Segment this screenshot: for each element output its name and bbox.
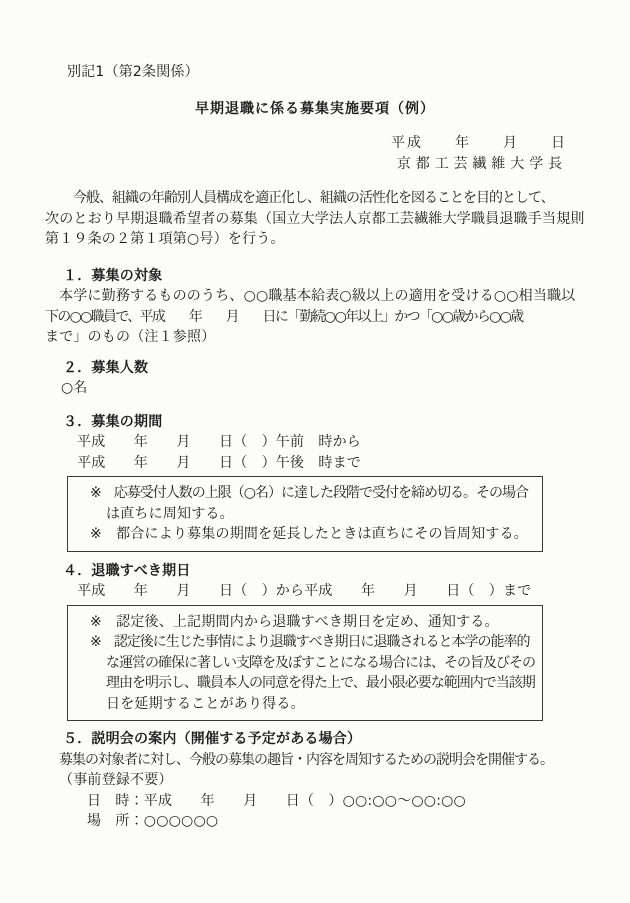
section-1-heading: １．募集の対象 [63,266,585,287]
section-5-heading: ５．説明会の案内（開催する予定がある場合） [63,729,585,750]
notice-line: ※ 都合により募集の期間を延長したときは直ちにその旨周知する。 [90,524,530,545]
text-line: 下の○○職員で、平成 年 月 日に「勤続○○年以上」かつ「○○歳から○○歳 [45,307,585,328]
text-line: 本学に勤務するもののうち、○○職基本給表○級以上の適用を受ける○○相当職以 [45,286,585,307]
text-line: 募集の対象者に対し、今般の募集の趣旨・内容を周知するための説明会を開催する。 [45,750,585,771]
notice-line: 日を延期することがあり得る。 [90,694,530,715]
notice-box-retirement-date: ※ 認定後、上記期間内から退職すべき期日を定め、通知する。 ※ 認定後に生じた事… [67,605,543,722]
date-line: 平成 年 月 日 [45,133,585,154]
section-3-heading: ３．募集の期間 [63,412,585,433]
ref-note: 別記1（第2条関係） [67,62,585,83]
text-line: （事前登録不要） [45,770,585,791]
text-line: ○名 [61,378,585,399]
section-4: ４．退職すべき期日 平成 年 月 日（ ）から平成 年 月 日（ ）まで ※ 認… [45,561,585,722]
text-line: 場 所：○○○○○○ [87,811,585,832]
notice-line: ※ 応募受付人数の上限（○名）に達した段階で受付を締め切る。その場合 [90,483,530,504]
notice-line: 理由を明示し、職員本人の同意を得た上で、最小限必要な範囲内で当該期 [90,673,530,694]
notice-box-recruitment-period: ※ 応募受付人数の上限（○名）に達した段階で受付を締め切る。その場合 は直ちに周… [67,476,543,552]
text-line: まで」のもの（注１参照） [45,327,585,348]
document-page: 別記1（第2条関係） 早期退職に係る募集実施要項（例） 平成 年 月 日 京都工… [0,0,630,903]
notice-line: ※ 認定後、上記期間内から退職すべき期日を定め、通知する。 [90,612,530,633]
document-title: 早期退職に係る募集実施要項（例） [45,99,585,120]
notice-line: な運営の確保に著しい支障を及ぼすことになる場合には、その旨及びその [90,653,530,674]
text-line: 次のとおり早期退職希望者の募集（国立大学法人京都工芸繊維大学職員退職手当規則 [45,209,585,230]
notice-line: ※ 認定後に生じた事情により退職すべき期日に退職されると本学の能率的 [90,632,530,653]
section-4-heading: ４．退職すべき期日 [63,561,585,582]
text-line: 第１９条の２第１項第○号）を行う。 [45,229,585,250]
section-3: ３．募集の期間 平成 年 月 日（ ）午前 時から 平成 年 月 日（ ）午後 … [45,412,585,552]
text-line: 平成 年 月 日（ ）午前 時から [77,432,585,453]
section-1: １．募集の対象 本学に勤務するもののうち、○○職基本給表○級以上の適用を受ける○… [45,266,585,348]
president-signature-line: 京都工芸繊維大学長 [45,154,585,175]
text-line: 平成 年 月 日（ ）から平成 年 月 日（ ）まで [77,581,585,602]
section-5: ５．説明会の案内（開催する予定がある場合） 募集の対象者に対し、今般の募集の趣旨… [45,729,585,832]
section-2: ２．募集人数 ○名 [45,358,585,399]
text-line: 今般、組織の年齢別人員構成を適正化し、組織の活性化を図ることを目的として、 [45,188,585,209]
intro-paragraph: 今般、組織の年齢別人員構成を適正化し、組織の活性化を図ることを目的として、 次の… [45,188,585,250]
text-line: 日 時：平成 年 月 日（ ）○○:○○～○○:○○ [87,791,585,812]
text-line: 平成 年 月 日（ ）午後 時まで [77,453,585,474]
notice-line: は直ちに周知する。 [90,504,530,525]
section-2-heading: ２．募集人数 [63,358,585,379]
